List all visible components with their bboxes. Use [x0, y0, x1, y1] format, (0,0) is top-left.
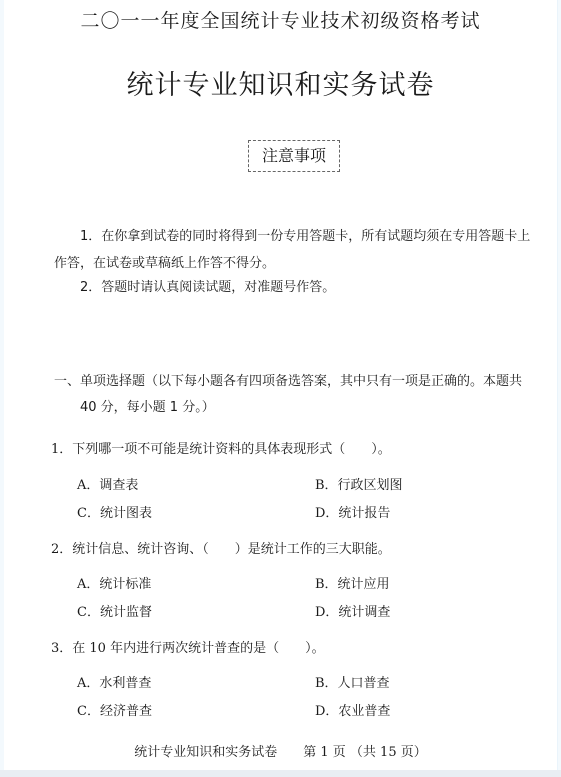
page-footer: 统计专业知识和实务试卷 第 1 页 （共 15 页） [4, 741, 557, 760]
question-1-option-b: B．行政区划图 [315, 474, 403, 493]
question-3-option-c: C．经济普查 [77, 700, 152, 719]
question-1-option-c: C．统计图表 [77, 502, 152, 521]
paper-title: 统计专业知识和实务试卷 [4, 63, 557, 102]
section-heading-line-1: 一、单项选择题（以下每小题各有四项备选答案，其中只有一项是正确的。本题共 [54, 370, 522, 389]
question-2-option-d: D．统计调查 [315, 601, 390, 620]
question-2-option-b: B．统计应用 [315, 573, 390, 592]
notice-1-line-2: 作答，在试卷或草稿纸上作答不得分。 [54, 252, 275, 271]
question-3-option-a: A．水利普查 [77, 672, 151, 691]
question-2-option-a: A．统计标准 [77, 573, 151, 592]
question-3-stem: 3．在 10 年内进行两次统计普查的是（ ）。 [51, 637, 325, 656]
question-1-stem: 1．下列哪一项不可能是统计资料的具体表现形式（ ）。 [51, 438, 391, 457]
question-3-option-b: B．人口普查 [315, 672, 390, 691]
exam-header: 二〇一一年度全国统计专业技术初级资格考试 [4, 6, 557, 33]
notice-title-box: 注意事项 [248, 140, 340, 172]
question-1-option-d: D．统计报告 [315, 502, 390, 521]
question-1-option-a: A．调查表 [77, 474, 138, 493]
section-heading-line-2: 40 分，每小题 1 分。） [80, 396, 215, 415]
question-3-option-d: D．农业普查 [315, 700, 390, 719]
exam-page: 二〇一一年度全国统计专业技术初级资格考试 统计专业知识和实务试卷 注意事项 1．… [4, 0, 558, 770]
bottom-strip [0, 770, 561, 777]
notice-1-line-1: 1．在你拿到试卷的同时将得到一份专用答题卡，所有试题均须在专用答题卡上 [80, 225, 530, 244]
question-2-option-c: C．统计监督 [77, 601, 152, 620]
notice-2: 2．答题时请认真阅读试题，对准题号作答。 [80, 276, 335, 295]
question-2-stem: 2．统计信息、统计咨询、（ ）是统计工作的三大职能。 [51, 538, 391, 557]
